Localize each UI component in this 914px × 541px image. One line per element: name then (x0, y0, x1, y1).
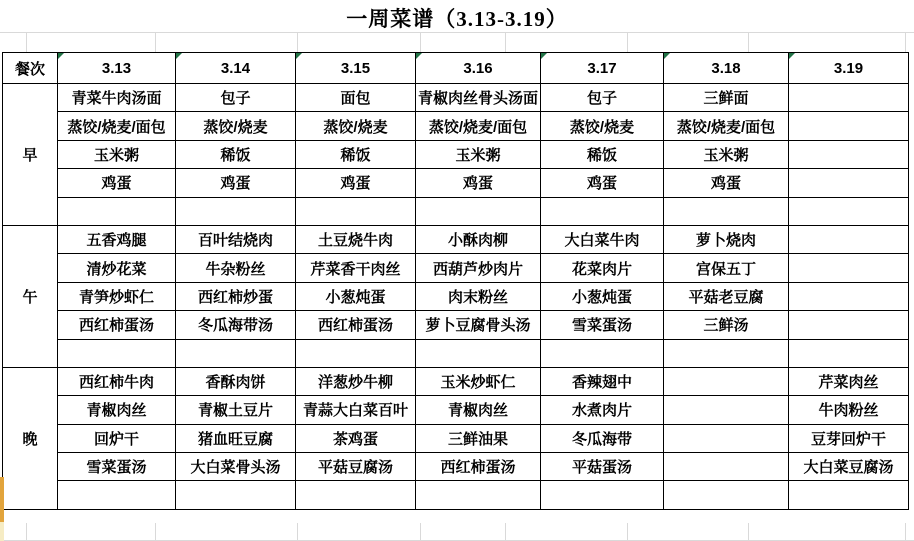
gridline (905, 523, 906, 541)
menu-cell[interactable] (176, 339, 296, 367)
menu-cell[interactable]: 鸡蛋 (416, 169, 541, 197)
date-header[interactable]: 3.13 (58, 53, 176, 84)
gridline (297, 523, 298, 541)
menu-cell[interactable]: 花菜肉片 (541, 254, 664, 282)
menu-cell[interactable]: 青椒土豆片 (176, 396, 296, 424)
menu-cell[interactable]: 三鲜面 (664, 84, 789, 112)
section-label[interactable]: 晚 (3, 367, 58, 509)
menu-cell[interactable] (789, 481, 909, 509)
menu-cell[interactable] (176, 481, 296, 509)
menu-cell[interactable]: 蒸饺/烧麦/面包 (416, 112, 541, 140)
menu-cell[interactable] (664, 396, 789, 424)
menu-cell[interactable] (664, 481, 789, 509)
table-row: 午五香鸡腿百叶结烧肉土豆烧牛肉小酥肉柳大白菜牛肉萝卜烧肉 (3, 225, 909, 253)
menu-cell[interactable]: 大白菜豆腐汤 (789, 453, 909, 481)
table-row (3, 481, 909, 509)
menu-cell[interactable] (789, 197, 909, 225)
menu-cell[interactable] (789, 254, 909, 282)
menu-cell[interactable]: 平菇蛋汤 (541, 453, 664, 481)
menu-cell[interactable] (664, 197, 789, 225)
menu-cell[interactable] (541, 339, 664, 367)
menu-cell[interactable]: 蒸饺/烧麦 (541, 112, 664, 140)
menu-cell[interactable] (789, 225, 909, 253)
error-triangle-icon (58, 53, 64, 59)
corner-header[interactable]: 餐次 (3, 53, 58, 84)
menu-cell[interactable]: 三鲜油果 (416, 424, 541, 452)
menu-cell[interactable]: 香酥肉饼 (176, 367, 296, 395)
menu-cell[interactable]: 回炉干 (58, 424, 176, 452)
gridline (0, 32, 914, 33)
menu-cell[interactable]: 青菜牛肉汤面 (58, 84, 176, 112)
menu-cell[interactable] (416, 197, 541, 225)
menu-cell[interactable]: 蒸饺/烧麦 (296, 112, 416, 140)
date-header[interactable]: 3.16 (416, 53, 541, 84)
table-row: 西红柿蛋汤冬瓜海带汤西红柿蛋汤萝卜豆腐骨头汤雪菜蛋汤三鲜汤 (3, 311, 909, 339)
menu-cell[interactable]: 百叶结烧肉 (176, 225, 296, 253)
menu-cell[interactable]: 蒸饺/烧麦/面包 (664, 112, 789, 140)
menu-cell[interactable]: 萝卜豆腐骨头汤 (416, 311, 541, 339)
menu-cell[interactable]: 面包 (296, 84, 416, 112)
menu-cell[interactable] (789, 282, 909, 310)
menu-cell[interactable]: 牛杂粉丝 (176, 254, 296, 282)
menu-cell[interactable]: 雪菜蛋汤 (541, 311, 664, 339)
menu-cell[interactable] (789, 112, 909, 140)
error-triangle-icon (416, 53, 422, 59)
gridline (627, 523, 628, 541)
menu-cell[interactable] (416, 339, 541, 367)
accent-strip-light (0, 522, 4, 541)
menu-cell[interactable]: 蒸饺/烧麦 (176, 112, 296, 140)
menu-cell[interactable]: 猪血旺豆腐 (176, 424, 296, 452)
menu-cell[interactable]: 鸡蛋 (296, 169, 416, 197)
accent-strip (0, 477, 4, 522)
menu-cell[interactable]: 鸡蛋 (541, 169, 664, 197)
menu-cell[interactable]: 蒸饺/烧麦/面包 (58, 112, 176, 140)
error-triangle-icon (789, 53, 795, 59)
menu-cell[interactable]: 小酥肉柳 (416, 225, 541, 253)
menu-cell[interactable] (664, 453, 789, 481)
date-header[interactable]: 3.14 (176, 53, 296, 84)
menu-cell[interactable] (789, 84, 909, 112)
table-row (3, 197, 909, 225)
menu-cell[interactable]: 肉末粉丝 (416, 282, 541, 310)
menu-cell[interactable] (541, 197, 664, 225)
menu-cell[interactable]: 青椒肉丝 (416, 396, 541, 424)
section-label[interactable]: 午 (3, 225, 58, 367)
menu-cell[interactable]: 青椒肉丝骨头汤面 (416, 84, 541, 112)
menu-cell[interactable] (789, 311, 909, 339)
menu-cell[interactable]: 水煮肉片 (541, 396, 664, 424)
menu-cell[interactable] (58, 197, 176, 225)
menu-cell[interactable] (664, 424, 789, 452)
menu-cell[interactable] (296, 481, 416, 509)
menu-cell[interactable]: 西葫芦炒肉片 (416, 254, 541, 282)
menu-cell[interactable]: 冬瓜海带汤 (176, 311, 296, 339)
menu-cell[interactable] (296, 197, 416, 225)
gridline (505, 523, 506, 541)
table-row: 青椒肉丝青椒土豆片青蒜大白菜百叶青椒肉丝水煮肉片牛肉粉丝 (3, 396, 909, 424)
gridline (155, 32, 156, 52)
menu-cell[interactable] (296, 339, 416, 367)
header-row: 餐次 3.133.143.153.163.173.183.19 (3, 53, 909, 84)
menu-cell[interactable]: 西红柿牛肉 (58, 367, 176, 395)
menu-cell[interactable]: 包子 (541, 84, 664, 112)
menu-cell[interactable]: 平菇豆腐汤 (296, 453, 416, 481)
menu-cell[interactable]: 青笋炒虾仁 (58, 282, 176, 310)
menu-cell[interactable]: 洋葱炒牛柳 (296, 367, 416, 395)
error-triangle-icon (541, 53, 547, 59)
gridline (748, 32, 749, 52)
menu-cell[interactable]: 西红柿蛋汤 (58, 311, 176, 339)
menu-cell[interactable]: 芹菜肉丝 (789, 367, 909, 395)
menu-cell[interactable]: 玉米炒虾仁 (416, 367, 541, 395)
menu-cell[interactable]: 清炒花菜 (58, 254, 176, 282)
table-row: 青笋炒虾仁西红柿炒蛋小葱炖蛋肉末粉丝小葱炖蛋平菇老豆腐 (3, 282, 909, 310)
table-row: 蒸饺/烧麦/面包蒸饺/烧麦蒸饺/烧麦蒸饺/烧麦/面包蒸饺/烧麦蒸饺/烧麦/面包 (3, 112, 909, 140)
menu-cell[interactable] (664, 339, 789, 367)
menu-cell[interactable]: 宫保五丁 (664, 254, 789, 282)
menu-cell[interactable] (58, 339, 176, 367)
gridline (420, 523, 421, 541)
menu-cell[interactable]: 西红柿蛋汤 (296, 311, 416, 339)
menu-cell[interactable]: 青椒肉丝 (58, 396, 176, 424)
menu-cell[interactable]: 大白菜牛肉 (541, 225, 664, 253)
menu-cell[interactable]: 稀饭 (541, 140, 664, 168)
menu-cell[interactable]: 茶鸡蛋 (296, 424, 416, 452)
menu-cell[interactable]: 冬瓜海带 (541, 424, 664, 452)
date-header[interactable]: 3.19 (789, 53, 909, 84)
spreadsheet-view: 一周菜谱（3.13-3.19） 餐次 3.133.143.153.163.173… (0, 0, 914, 541)
menu-cell[interactable] (416, 481, 541, 509)
menu-cell[interactable] (541, 481, 664, 509)
menu-cell[interactable]: 稀饭 (296, 140, 416, 168)
menu-cell[interactable]: 雪菜蛋汤 (58, 453, 176, 481)
table-row: 雪菜蛋汤大白菜骨头汤平菇豆腐汤西红柿蛋汤平菇蛋汤大白菜豆腐汤 (3, 453, 909, 481)
gridline (155, 523, 156, 541)
menu-cell[interactable]: 大白菜骨头汤 (176, 453, 296, 481)
gridline (627, 32, 628, 52)
menu-cell[interactable]: 鸡蛋 (176, 169, 296, 197)
menu-cell[interactable] (664, 367, 789, 395)
page-title: 一周菜谱（3.13-3.19） (0, 2, 914, 34)
menu-cell[interactable]: 稀饭 (176, 140, 296, 168)
table-row: 晚西红柿牛肉香酥肉饼洋葱炒牛柳玉米炒虾仁香辣翅中芹菜肉丝 (3, 367, 909, 395)
gridline (905, 32, 906, 52)
date-header[interactable]: 3.17 (541, 53, 664, 84)
menu-cell[interactable]: 牛肉粉丝 (789, 396, 909, 424)
menu-cell[interactable]: 芹菜香干肉丝 (296, 254, 416, 282)
gridline (297, 32, 298, 52)
menu-cell[interactable]: 三鲜汤 (664, 311, 789, 339)
menu-cell[interactable]: 萝卜烧肉 (664, 225, 789, 253)
menu-cell[interactable]: 鸡蛋 (58, 169, 176, 197)
menu-cell[interactable] (789, 169, 909, 197)
menu-cell[interactable]: 包子 (176, 84, 296, 112)
date-header[interactable]: 3.15 (296, 53, 416, 84)
menu-cell[interactable]: 平菇老豆腐 (664, 282, 789, 310)
gridline (26, 32, 27, 52)
menu-cell[interactable]: 香辣翅中 (541, 367, 664, 395)
menu-cell[interactable]: 玉米粥 (416, 140, 541, 168)
gridline (26, 523, 27, 541)
gridline (505, 32, 506, 52)
menu-cell[interactable]: 五香鸡腿 (58, 225, 176, 253)
menu-cell[interactable]: 土豆烧牛肉 (296, 225, 416, 253)
menu-cell[interactable] (58, 481, 176, 509)
section-label[interactable]: 早 (3, 84, 58, 226)
error-triangle-icon (176, 53, 182, 59)
menu-cell[interactable]: 玉米粥 (58, 140, 176, 168)
table-row: 鸡蛋鸡蛋鸡蛋鸡蛋鸡蛋鸡蛋 (3, 169, 909, 197)
menu-cell[interactable] (176, 197, 296, 225)
menu-cell[interactable]: 西红柿蛋汤 (416, 453, 541, 481)
menu-cell[interactable]: 鸡蛋 (664, 169, 789, 197)
table-row (3, 339, 909, 367)
table-row: 玉米粥稀饭稀饭玉米粥稀饭玉米粥 (3, 140, 909, 168)
weekly-menu-table: 餐次 3.133.143.153.163.173.183.19 早青菜牛肉汤面包… (2, 52, 909, 510)
menu-cell[interactable]: 玉米粥 (664, 140, 789, 168)
gridline (420, 32, 421, 52)
date-header[interactable]: 3.18 (664, 53, 789, 84)
menu-cell[interactable]: 小葱炖蛋 (541, 282, 664, 310)
gridline (748, 523, 749, 541)
menu-cell[interactable]: 西红柿炒蛋 (176, 282, 296, 310)
table-row: 回炉干猪血旺豆腐茶鸡蛋三鲜油果冬瓜海带豆芽回炉干 (3, 424, 909, 452)
menu-cell[interactable] (789, 140, 909, 168)
table-row: 清炒花菜牛杂粉丝芹菜香干肉丝西葫芦炒肉片花菜肉片宫保五丁 (3, 254, 909, 282)
menu-cell[interactable]: 豆芽回炉干 (789, 424, 909, 452)
table-row: 早青菜牛肉汤面包子面包青椒肉丝骨头汤面包子三鲜面 (3, 84, 909, 112)
menu-cell[interactable]: 青蒜大白菜百叶 (296, 396, 416, 424)
error-triangle-icon (296, 53, 302, 59)
error-triangle-icon (664, 53, 670, 59)
menu-cell[interactable]: 小葱炖蛋 (296, 282, 416, 310)
menu-cell[interactable] (789, 339, 909, 367)
